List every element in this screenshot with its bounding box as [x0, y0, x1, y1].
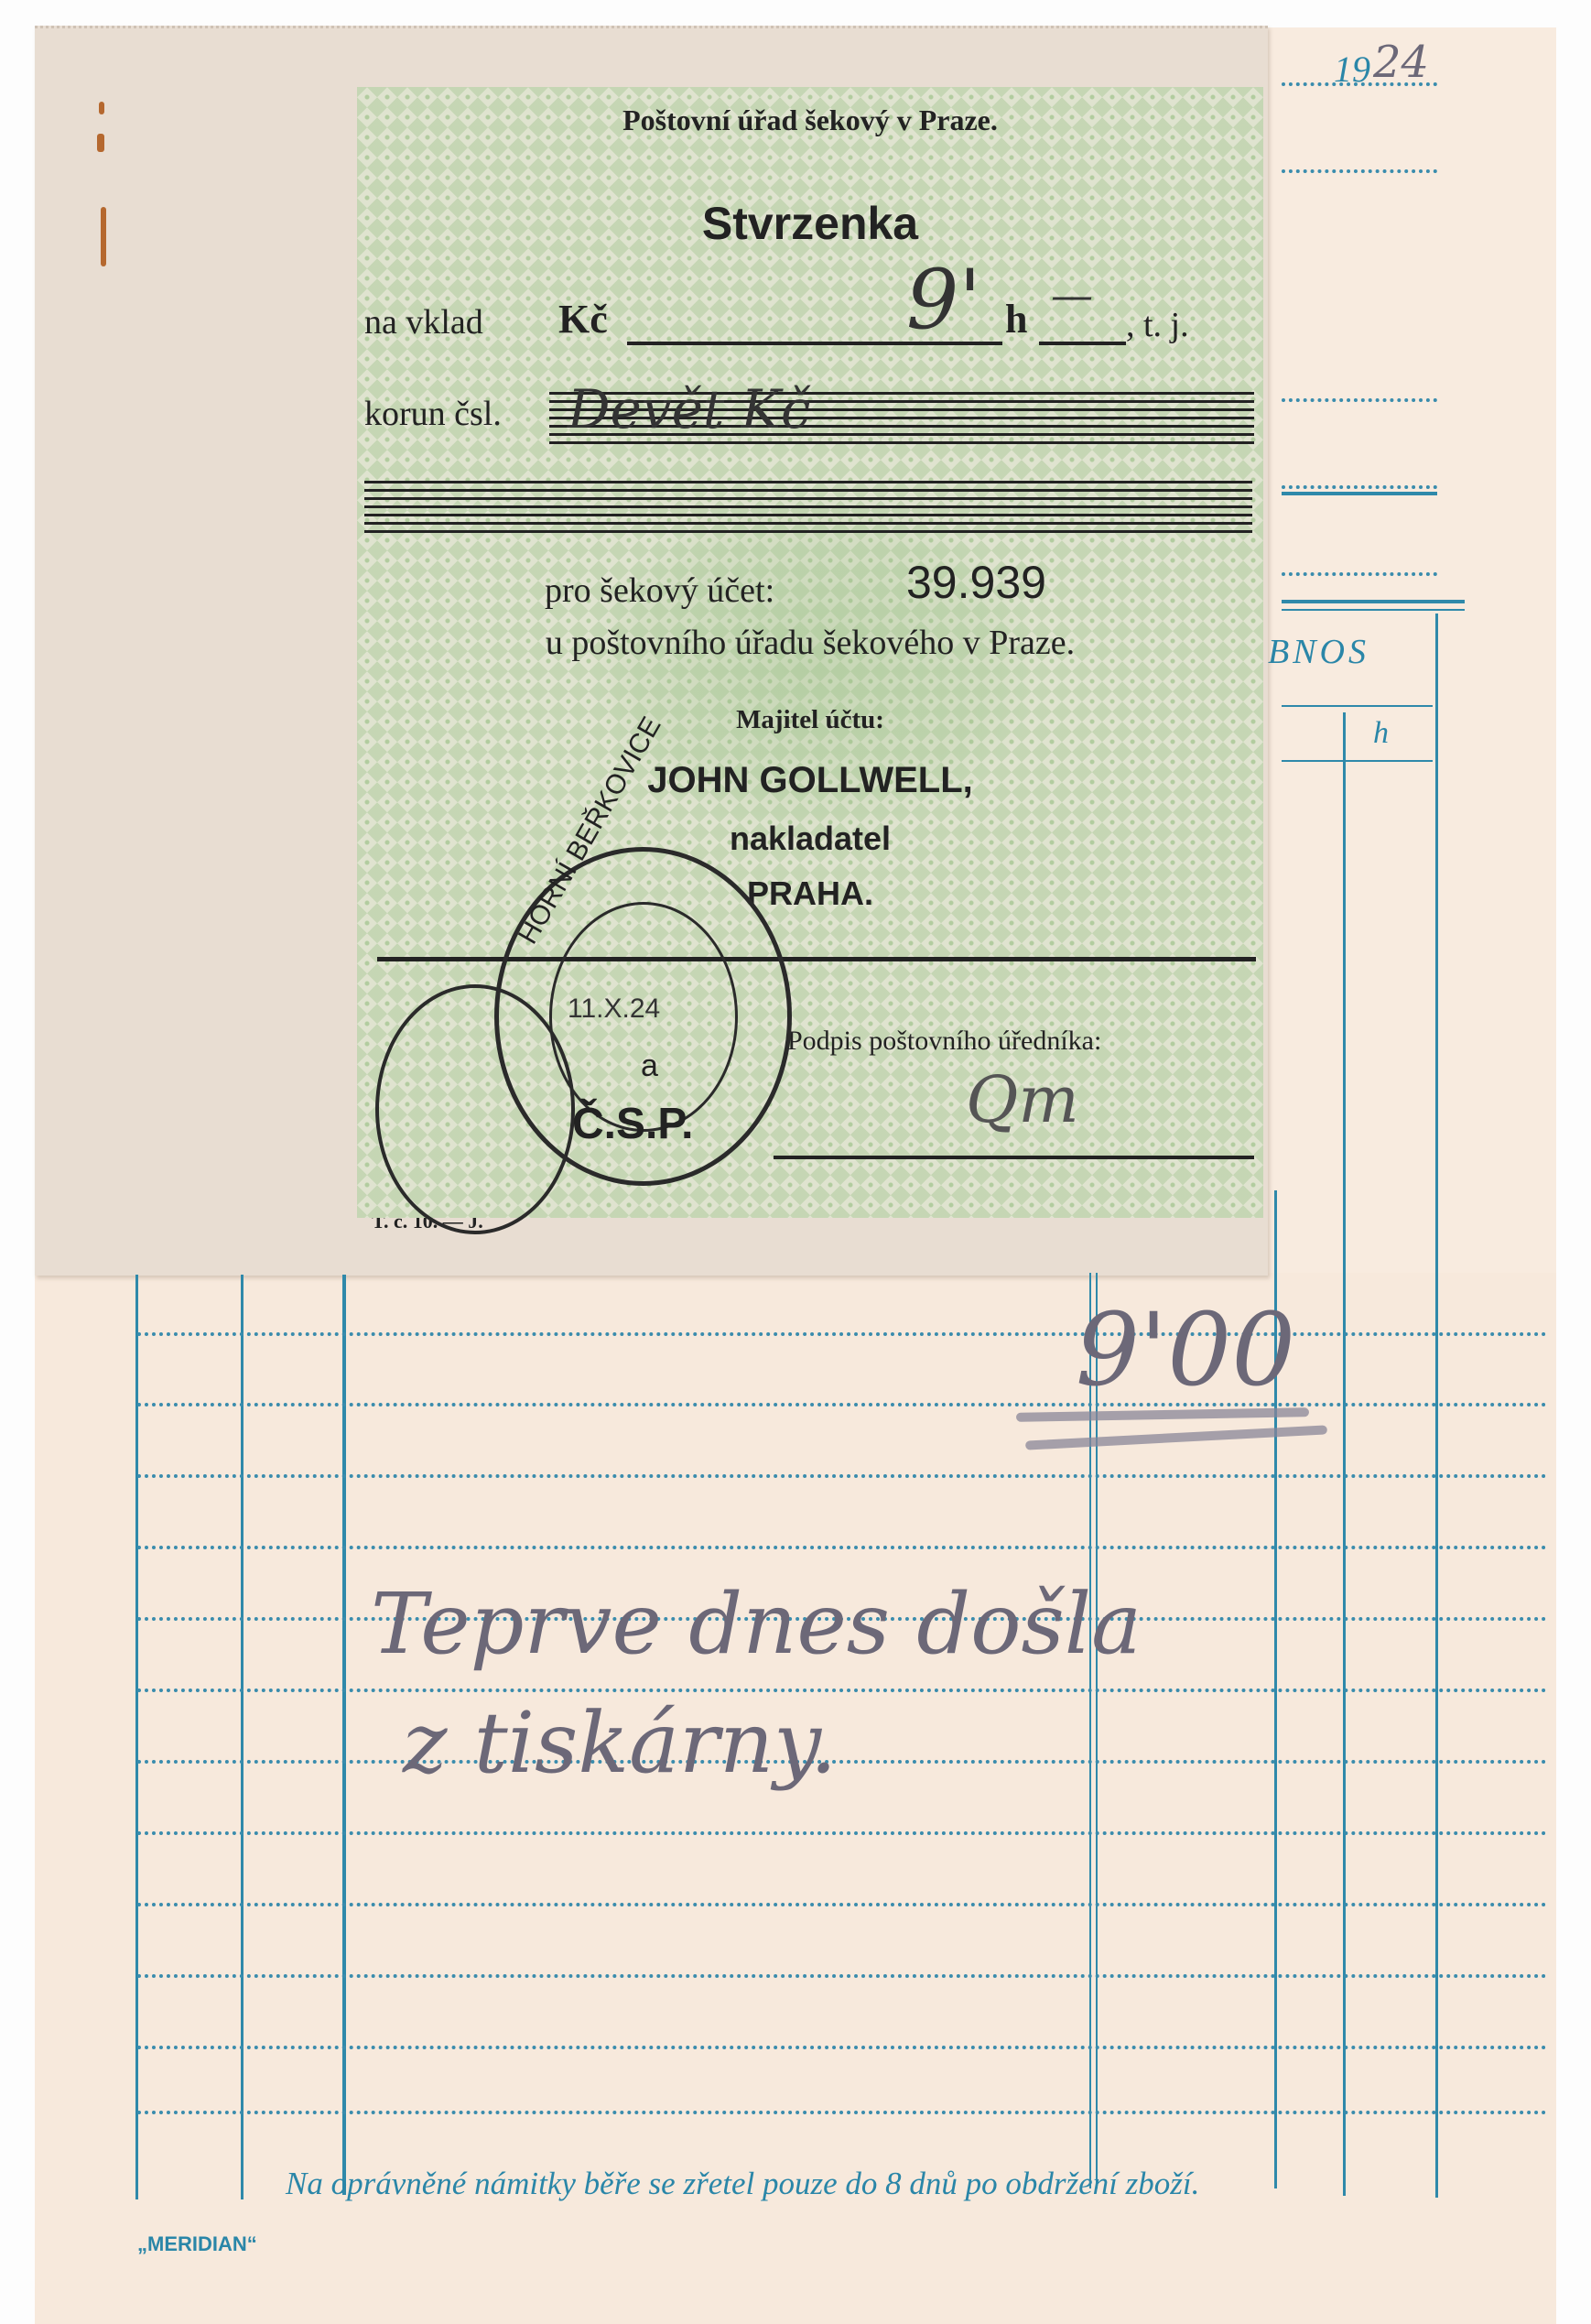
currency-label: Kč [558, 296, 608, 342]
table-dotted-row [137, 1760, 1547, 1764]
haler-handwritten: — [1051, 270, 1093, 320]
column-header-fragment: BNOS [1268, 632, 1369, 672]
account-label: pro šekový účet: [545, 570, 774, 611]
account-number: 39.939 [906, 556, 1046, 609]
words-label: korun čsl. [364, 394, 502, 434]
postmark-service: Č.S.P. [572, 1099, 694, 1149]
signature-bottom-line [774, 1156, 1254, 1159]
owner-label: Majitel účtu: [357, 705, 1263, 735]
receipt-header: Poštovní úřad šekový v Praze. [357, 103, 1263, 137]
table-dotted-row [137, 1974, 1547, 1978]
table-top-rule [1282, 600, 1465, 603]
field-dotted-line [1282, 572, 1437, 576]
table-dotted-row [137, 1403, 1547, 1406]
table-dotted-row [137, 1474, 1547, 1478]
year-dotted-line [1282, 82, 1437, 86]
signature-handwritten: Qm [966, 1062, 1079, 1137]
field-dotted-line [1282, 485, 1437, 489]
postmark-date: 11.X.24 [568, 994, 660, 1025]
column-h-label: h [1373, 716, 1389, 751]
owner-role: nakladatel [357, 820, 1263, 858]
column-divider [135, 1275, 138, 2199]
column-divider [1343, 712, 1346, 2196]
table-dotted-row [137, 1689, 1547, 1692]
office-line: u poštovního úřadu šekového v Praze. [357, 623, 1263, 663]
column-subheader-rule-2 [1282, 760, 1433, 762]
table-dotted-row [137, 1332, 1547, 1336]
column-divider [241, 1275, 244, 2199]
table-dotted-row [137, 2111, 1547, 2114]
table-dotted-row [137, 1546, 1547, 1549]
field-rule [1282, 492, 1437, 495]
column-divider [1096, 1273, 1098, 2188]
column-subheader-rule [1282, 705, 1433, 707]
column-divider [1089, 1273, 1091, 2188]
tj-label: , t. j. [1126, 305, 1189, 345]
guard-lines-block [364, 481, 1252, 536]
haler-line [1039, 342, 1126, 345]
table-dotted-row [137, 1831, 1547, 1835]
deposit-label: na vklad [364, 302, 483, 342]
haler-label: h [1005, 296, 1027, 342]
note-line-2: z tiskárny. [403, 1694, 837, 1792]
owner-name: JOHN GOLLWELL, [357, 760, 1263, 801]
note-line-1: Teprve dnes došla [371, 1575, 1142, 1673]
secondary-postmark-ring [375, 984, 575, 1234]
owner-city: PRAHA. [357, 874, 1263, 913]
table-dotted-row [137, 1903, 1547, 1906]
total-handwritten: 9'00 [1076, 1291, 1295, 1408]
postmark-letter: a [641, 1048, 658, 1084]
field-dotted-line [1282, 169, 1437, 173]
signature-label: Podpis poštovního úředníka: [787, 1026, 1101, 1057]
footer-note: Na oprávněné námitky běře se zřetel pouz… [286, 2166, 1199, 2202]
amount-words-handwritten: Devět Kč [568, 378, 810, 440]
amount-handwritten: 9' [906, 252, 981, 348]
staple-mark [101, 207, 106, 266]
year-handwritten: 24 [1373, 37, 1429, 88]
receipt-title: Stvrzenka [357, 197, 1263, 250]
staple-mark [99, 102, 104, 114]
table-dotted-row [137, 2046, 1547, 2049]
column-divider [342, 1275, 346, 2195]
field-dotted-line [1282, 398, 1437, 402]
staple-mark [97, 134, 104, 152]
table-top-rule-2 [1282, 609, 1465, 611]
printer-mark: „MERIDIAN“ [137, 2232, 257, 2256]
